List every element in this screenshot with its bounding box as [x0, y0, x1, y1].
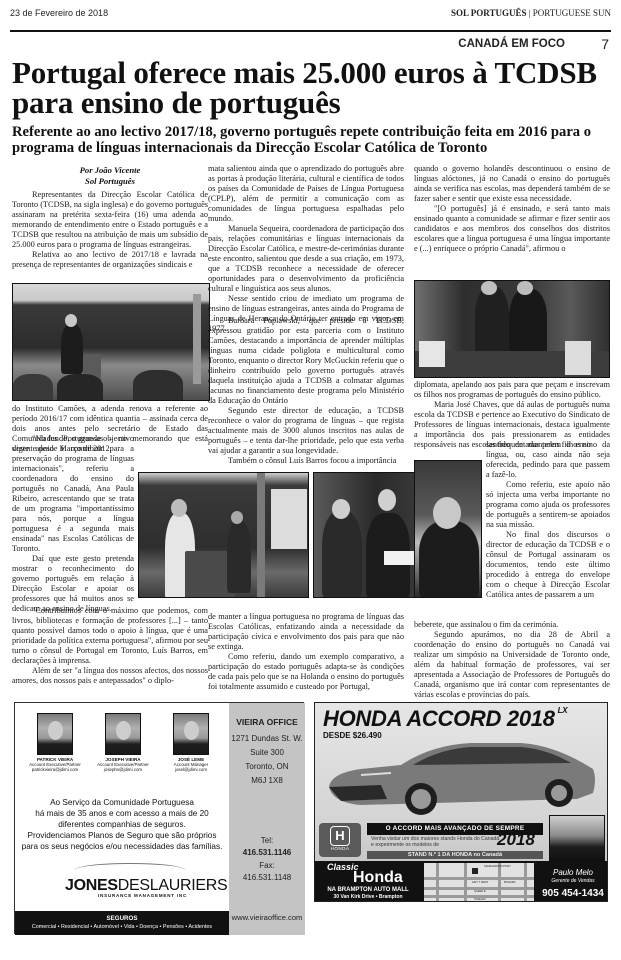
handshake-signing-photo: [414, 280, 610, 378]
agent-portrait: [105, 713, 141, 755]
logo-arc-icon: [75, 863, 185, 877]
year-badge: 2018: [497, 830, 535, 850]
paragraph: Manuela Sequeira, coordenadora de partic…: [208, 224, 404, 294]
paragraph: Relativa ao ano lectivo de 2017/18 e lav…: [12, 250, 208, 270]
address-line: Suite 300: [229, 746, 305, 760]
office-contact-panel: VIEIRA OFFICE 1271 Dundas St. W. Suite 3…: [229, 703, 305, 935]
agent-email[interactable]: josel@jdimi.com: [155, 767, 227, 772]
article-column-2-mid: Barbara Poplawski, que preside à TCDSB, …: [208, 316, 404, 466]
bar-title: SEGUROS: [15, 915, 229, 922]
dealer-name: Honda: [353, 869, 403, 887]
location-map[interactable]: SANDALWOOD PKWY HWY 7 WEST BOVAIRD QUEEN…: [424, 863, 534, 901]
paragraph: beberete, que assinalou o fim da cerimón…: [414, 620, 610, 630]
honda-advertisement[interactable]: HONDA ACCORD 2018LX DESDE $26.490 H HOND…: [314, 702, 608, 902]
dealer-footer: Classic Honda NA BRAMPTON AUTO MALL 30 V…: [315, 861, 608, 902]
agent-card: JOSEPH VIEIRA Account Executive/Partner …: [87, 713, 159, 772]
map-label: BOVAIRD: [504, 881, 515, 884]
copy-line: Ao Serviço da Comunidade Portuguesa: [19, 797, 225, 808]
speaker-at-podium-photo: [12, 283, 210, 401]
honda-logo: H HONDA: [319, 823, 361, 857]
paragraph: Além de ser "a língua dos nossos afectos…: [12, 666, 208, 686]
header-rule: [10, 30, 611, 32]
website-link[interactable]: www.vieiraoffice.com: [229, 913, 305, 922]
logo-light: DESLAURIERS: [118, 877, 228, 894]
byline-outlet: Sol Português: [60, 176, 160, 187]
address-line: Toronto, ON: [229, 760, 305, 774]
honda-h-icon: H: [330, 826, 350, 846]
map-label: HWY 7 WEST: [472, 881, 488, 884]
visit-copy: Venha visitar um dos maiores stands Hond…: [371, 836, 501, 849]
map-label: STEELES: [474, 898, 486, 901]
logo-bold: JONES: [65, 877, 118, 894]
article-deck: Referente ao ano lectivo 2017/18, govern…: [12, 124, 612, 156]
newspaper-name: SOL PORTUGUÊS | PORTUGUESE SUN: [451, 8, 611, 18]
paragraph: diplomata, apelando aos pais para que pe…: [414, 380, 610, 400]
paragraph: Como referiu, este apoio não só injecta …: [486, 480, 610, 530]
logo-word: HONDA: [319, 846, 361, 851]
paragraph: Barbara Poplawski, que preside à TCDSB, …: [208, 316, 404, 406]
paragraph: Daí que este gesto pretenda mostrar o re…: [12, 554, 134, 614]
office-title: VIEIRA OFFICE: [229, 717, 305, 727]
article-column-3-top: quando o governo holandês descontinuou o…: [414, 164, 610, 254]
paragraph: Segundo este director de educação, a TCD…: [208, 406, 404, 456]
jones-deslauriers-logo: JONESDESLAURIERS INSURANCE MANAGEMENT IN…: [65, 863, 195, 898]
car-image-icon: [321, 735, 599, 817]
article-column-1-narrow: "No fundo, o grande objectivo deste apoi…: [12, 434, 134, 614]
address-line: 1271 Dundas St. W.: [229, 732, 305, 746]
sales-manager-role: Gerente de Vendas: [537, 878, 608, 884]
paragraph: No final dos discursos o director de edu…: [486, 530, 610, 600]
paragraph: de manter a língua portuguesa no program…: [208, 612, 404, 652]
model-name: HONDA ACCORD 2018: [323, 706, 555, 731]
agent-card: PATRICK VIEIRA Account Executive/Partner…: [19, 713, 91, 772]
article-column-1-bottom: "Contribuímos com o máximo que podemos, …: [12, 606, 208, 686]
copy-line: Providenciamos Planos de Seguro que são …: [19, 830, 225, 852]
consul-portrait-photo: [414, 460, 482, 598]
paper-name-en: PORTUGUESE SUN: [533, 8, 611, 18]
stand-banner: STAND N.º 1 DA HONDA no Canadá: [367, 851, 543, 859]
paragraph: "Contribuímos com o máximo que podemos, …: [12, 606, 208, 666]
ad-title: HONDA ACCORD 2018LX: [323, 706, 567, 732]
dealer-address: 30 Van Kirk Drive • Brampton: [315, 894, 421, 900]
map-label: QUEEN E: [474, 890, 486, 893]
section-name: CANADÁ EM FOCO: [458, 38, 565, 50]
dealer-phone[interactable]: 905 454-1434: [537, 888, 608, 899]
sales-manager-name: Paulo Melo: [537, 868, 608, 877]
agent-portrait: [173, 713, 209, 755]
bar-lines: Comercial • Residencial • Automóvel • Vi…: [15, 924, 229, 930]
woman-speaking-photo: [138, 472, 309, 598]
article-column-3-bottom: beberete, que assinalou o fim da cerimón…: [414, 620, 610, 700]
tel-label: Tel:: [229, 836, 305, 845]
paragraph: Também o cônsul Luís Barros focou a impo…: [208, 456, 404, 466]
page-number: 7: [601, 36, 609, 52]
agent-email[interactable]: josephv@jdimi.com: [87, 767, 159, 772]
issue-date: 23 de Fevereiro de 2018: [10, 8, 108, 18]
fax-number: 416.531.1148: [229, 873, 305, 882]
paragraph: mata salientou ainda que o aprendizado d…: [208, 164, 404, 224]
byline-author: Por João Vicente: [60, 165, 160, 176]
insurance-types-bar: SEGUROS Comercial • Residencial • Automó…: [15, 911, 229, 935]
byline: Por João Vicente Sol Português: [60, 165, 160, 187]
map-label: SANDALWOOD PKWY: [484, 865, 511, 868]
paragraph: Representantes da Direcção Escolar Catól…: [12, 190, 208, 250]
address-line: M6J 1X8: [229, 774, 305, 788]
paragraph: Segundo apurámos, no dia 28 de Abril a c…: [414, 630, 610, 700]
paragraph: "No fundo, o grande objectivo deste apoi…: [12, 434, 134, 554]
article-column-2-bottom: de manter a língua portuguesa no program…: [208, 612, 404, 692]
insurance-advertisement[interactable]: PATRICK VIEIRA Account Executive/Partner…: [14, 702, 304, 934]
paragraph: "[O português] já é ensinado, e será tan…: [414, 204, 610, 254]
paragraph: sentido de manterem o ensino da língua, …: [486, 440, 610, 480]
article-column-1-top: Representantes da Direcção Escolar Catól…: [12, 190, 208, 270]
sales-manager-photo: [549, 815, 605, 861]
paper-name-pt: SOL PORTUGUÊS: [451, 8, 526, 18]
agent-portrait: [37, 713, 73, 755]
fax-label: Fax:: [229, 861, 305, 870]
paragraph: quando o governo holandês descontinuou o…: [414, 164, 610, 204]
trim-label: LX: [558, 706, 568, 715]
dealer-mall: NA BRAMPTON AUTO MALL: [315, 887, 421, 893]
article-headline: Portugal oferece mais 25.000 euros à TCD…: [12, 58, 612, 118]
agent-card: JOSÉ LEME Account Manager josel@jdimi.co…: [155, 713, 227, 772]
article-column-3-narrow: sentido de manterem o ensino da língua, …: [486, 440, 610, 600]
tel-number[interactable]: 416.531.1146: [229, 848, 305, 857]
paragraph: Como referiu, dando um exemplo comparati…: [208, 652, 404, 692]
office-address: 1271 Dundas St. W. Suite 300 Toronto, ON…: [229, 732, 305, 788]
article-column-2-top: mata salientou ainda que o aprendizado d…: [208, 164, 404, 334]
insurance-copy: Ao Serviço da Comunidade Portuguesa há m…: [19, 797, 225, 852]
agent-email[interactable]: patrickvieira@jdimi.com: [19, 767, 91, 772]
dealer-marker-icon: [472, 868, 478, 874]
copy-line: há mais de 35 anos e com acesso a mais d…: [19, 808, 225, 830]
